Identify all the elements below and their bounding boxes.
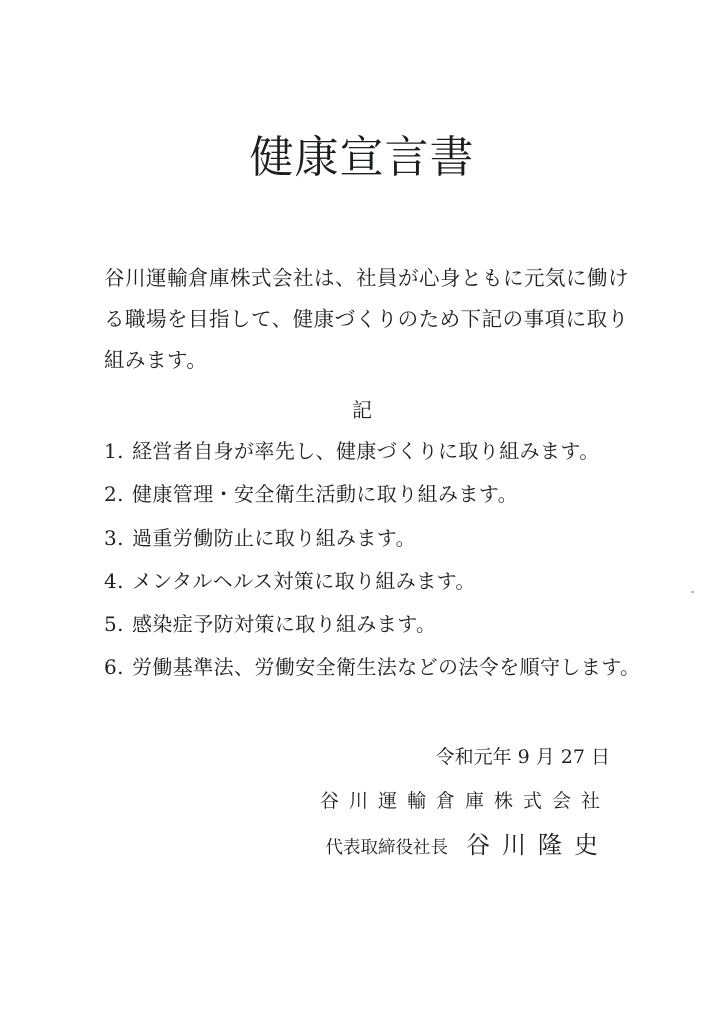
- list-item: 2.健康管理・安全衛生活動に取り組みます。: [104, 481, 640, 524]
- intro-line: 谷川運輸倉庫株式会社は、社員が心身ともに元気に働け: [104, 258, 644, 299]
- intro-line: 組みます。: [104, 340, 644, 381]
- scan-speck: [691, 591, 694, 593]
- list-item: 5.感染症予防対策に取り組みます。: [104, 611, 640, 654]
- item-number: 5.: [104, 611, 132, 637]
- signer-block: 代表取締役社長谷川隆史: [326, 830, 611, 863]
- signer-name: 谷川隆史: [466, 831, 610, 859]
- item-text: 過重労働防止に取り組みます。: [132, 526, 416, 550]
- list-item: 1.経営者自身が率先し、健康づくりに取り組みます。: [104, 438, 640, 481]
- declaration-items: 1.経営者自身が率先し、健康づくりに取り組みます。 2.健康管理・安全衛生活動に…: [104, 438, 640, 698]
- ki-heading: 記: [0, 396, 724, 424]
- intro-line: る職場を目指して、健康づくりのため下記の事項に取り: [104, 299, 644, 340]
- declaration-date: 令和元年 9 月 27 日: [436, 744, 610, 770]
- item-number: 1.: [104, 438, 132, 464]
- item-text: 労働基準法、労働安全衛生法などの法令を順守します。: [132, 655, 640, 679]
- list-item: 3.過重労働防止に取り組みます。: [104, 525, 640, 568]
- signer-role: 代表取締役社長: [326, 838, 449, 858]
- item-text: 経営者自身が率先し、健康づくりに取り組みます。: [132, 439, 600, 463]
- item-number: 6.: [104, 654, 132, 680]
- item-text: 健康管理・安全衛生活動に取り組みます。: [132, 482, 518, 506]
- list-item: 4.メンタルヘルス対策に取り組みます。: [104, 568, 640, 611]
- item-text: 感染症予防対策に取り組みます。: [132, 612, 436, 636]
- intro-paragraph: 谷川運輸倉庫株式会社は、社員が心身ともに元気に働け る職場を目指して、健康づくり…: [104, 258, 644, 381]
- company-name: 谷川運輸倉庫株式会社: [320, 788, 610, 814]
- item-text: メンタルヘルス対策に取り組みます。: [132, 569, 476, 593]
- document-title: 健康宣言書: [0, 130, 724, 186]
- list-item: 6.労働基準法、労働安全衛生法などの法令を順守します。: [104, 654, 640, 697]
- item-number: 3.: [104, 525, 132, 551]
- item-number: 4.: [104, 568, 132, 594]
- item-number: 2.: [104, 481, 132, 507]
- document-page: 健康宣言書 谷川運輸倉庫株式会社は、社員が心身ともに元気に働け る職場を目指して…: [0, 0, 724, 1024]
